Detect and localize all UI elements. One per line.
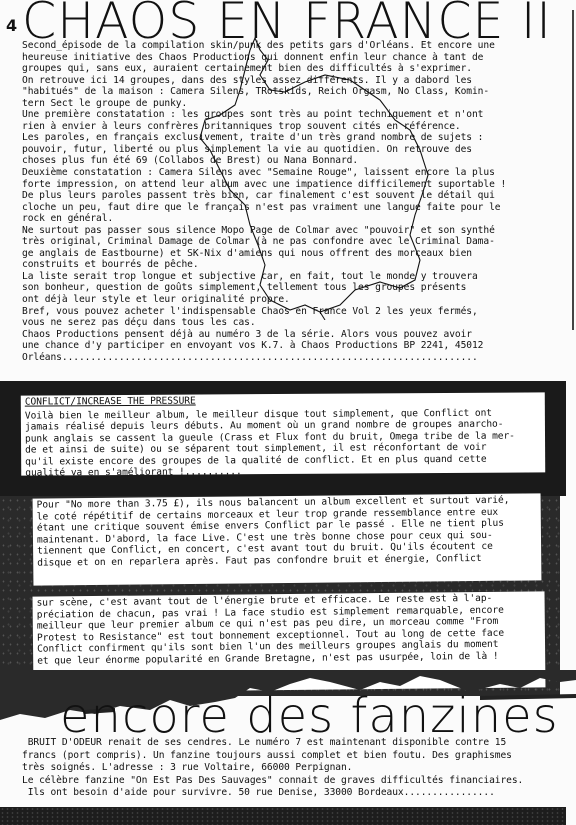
fanzine-page: 4 CHAOS EN FRANCE II Second_épisode de l…: [0, 0, 576, 825]
review-text-part-2: Pour "No more than 3.75 £), ils nous bal…: [33, 493, 542, 570]
intro-article-text: Second_épisode de la compilation skin/pu…: [22, 40, 506, 363]
scan-edge: [572, 10, 574, 330]
review-text-part-1: Voilà bien le meilleur album, le meilleu…: [21, 406, 545, 480]
review-box-part-2: Pour "No more than 3.75 £), ils nous bal…: [33, 493, 542, 585]
fanzines-section-title: encore des fanzines: [60, 692, 559, 740]
fanzines-text: BRUIT D'ODEUR renait de ses cendres. Le …: [22, 737, 523, 800]
review-text-part-3: sur scène, c'est avant tout de l'énergie…: [33, 591, 546, 668]
review-box-part-3: sur scène, c'est avant tout de l'énergie…: [33, 591, 546, 692]
page-number: 4: [6, 16, 17, 35]
photocopy-texture-bottom: [0, 807, 566, 825]
review-box-part-1: CONFLICT/INCREASE THE PRESSURE Voilà bie…: [21, 392, 545, 475]
